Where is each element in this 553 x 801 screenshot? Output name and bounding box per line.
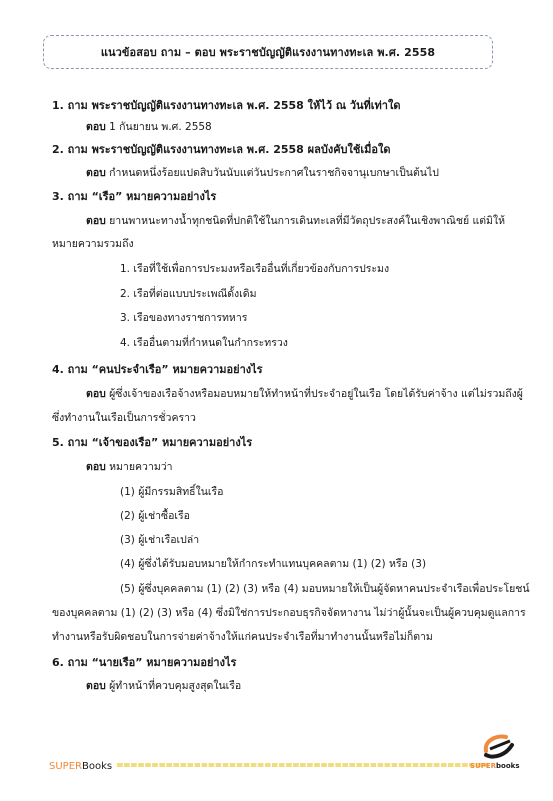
answer-label: ตอบ [86,388,106,400]
list-item: 2. เรือที่ต่อแบบประเพณีดั้งเดิม [120,285,257,302]
list-item: (3) ผู้เช่าเรือเปล่า [120,531,199,548]
question-6: 6. ถาม “นายเรือ” หมายความอย่างไร [52,653,236,671]
answer-label: ตอบ [86,167,106,179]
answer-3-cont: หมายความรวมถึง [52,235,134,252]
logo-super: SUPER [470,762,496,770]
superbooks-logo: SUPERbooks [470,733,530,778]
answer-text: หมายความว่า [109,461,172,473]
footer-brand-super: SUPER [49,761,82,772]
answer-3: ตอบ ยานพาหนะทางน้ำทุกชนิดที่ปกติใช้ในการ… [86,212,505,229]
list-item: (1) ผู้มีกรรมสิทธิ์ในเรือ [120,483,223,500]
footer-rule: ========================================… [116,761,489,771]
answer-label: ตอบ [86,215,106,227]
list-item: 1. เรือที่ใช้เพื่อการประมงหรือเรืออื่นที… [120,260,389,277]
answer-text: 1 กันยายน พ.ศ. 2558 [109,121,212,133]
answer-text: ผู้ทำหน้าที่ควบคุมสูงสุดในเรือ [109,680,241,692]
list-item-cont: ทำงานหรือรับผิดชอบในการจ่ายค่าจ้างให้แก่… [52,628,433,645]
question-2: 2. ถาม พระราชบัญญัติแรงงานทางทะเล พ.ศ. 2… [52,140,391,158]
question-5: 5. ถาม “เจ้าของเรือ” หมายความอย่างไร [52,433,252,451]
page-title: แนวข้อสอบ ถาม – ตอบ พระราชบัญญัติแรงงานท… [101,43,435,61]
logo-text: SUPERbooks [470,762,534,770]
question-1: 1. ถาม พระราชบัญญัติแรงงานทางทะเล พ.ศ. 2… [52,96,401,114]
question-3: 3. ถาม “เรือ” หมายความอย่างไร [52,187,216,205]
answer-text: ยานพาหนะทางน้ำทุกชนิดที่ปกติใช้ในการเดิน… [109,215,505,227]
answer-label: ตอบ [86,121,106,133]
answer-text: กำหนดหนึ่งร้อยแปดสิบวันนับแต่วันประกาศใน… [109,167,439,179]
answer-5: ตอบ หมายความว่า [86,458,173,475]
answer-4-cont: ซึ่งทำงานในเรือเป็นการชั่วคราว [52,409,196,426]
answer-6: ตอบ ผู้ทำหน้าที่ควบคุมสูงสุดในเรือ [86,677,241,694]
swoosh-logo-icon [480,733,520,763]
answer-1: ตอบ 1 กันยายน พ.ศ. 2558 [86,118,212,135]
footer: SUPERBooks =============================… [49,758,489,774]
list-item: 3. เรือของทางราชการทหาร [120,309,247,326]
list-item: (2) ผู้เช่าซื้อเรือ [120,507,190,524]
title-box: แนวข้อสอบ ถาม – ตอบ พระราชบัญญัติแรงงานท… [43,35,493,69]
list-item: (4) ผู้ซึ่งได้รับมอบหมายให้กำกระทำแทนบุค… [120,555,426,572]
answer-2: ตอบ กำหนดหนึ่งร้อยแปดสิบวันนับแต่วันประก… [86,164,439,181]
question-4: 4. ถาม “คนประจำเรือ” หมายความอย่างไร [52,360,263,378]
footer-brand-books: Books [82,761,112,772]
list-item-cont: ของบุคคลตาม (1) (2) (3) หรือ (4) ซึ่งมิใ… [52,604,526,621]
list-item: 4. เรืออื่นตามที่กำหนดในกำกระทรวง [120,334,288,351]
logo-books: books [496,762,519,770]
answer-label: ตอบ [86,680,106,692]
list-item: (5) ผู้ซึ่งบุคคลตาม (1) (2) (3) หรือ (4)… [120,580,530,597]
answer-label: ตอบ [86,461,106,473]
answer-4: ตอบ ผู้ซึ่งเจ้าของเรือจ้างหรือมอบหมายให้… [86,385,523,402]
answer-text: ผู้ซึ่งเจ้าของเรือจ้างหรือมอบหมายให้ทำหน… [109,388,523,400]
